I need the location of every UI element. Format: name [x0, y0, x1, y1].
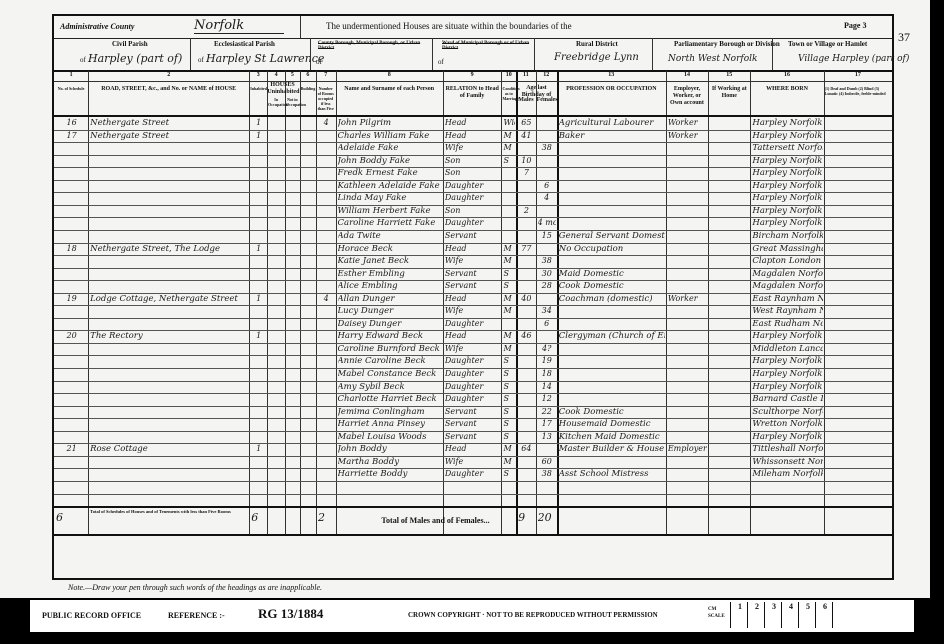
- civil-parish-label: Civil Parish: [112, 40, 148, 48]
- table-row: [54, 494, 892, 507]
- cell-female-age: 22: [538, 406, 556, 418]
- column-number: 12: [536, 72, 557, 79]
- cell-occupation: Kitchen Maid Domestic: [559, 431, 665, 443]
- cell-female-age: 38: [538, 142, 556, 154]
- cell-employment: Worker: [668, 293, 707, 305]
- cell-schedule: 17: [56, 130, 87, 142]
- cell-born: Magdalen Norfolk: [752, 280, 822, 292]
- cell-condition: S: [503, 468, 515, 480]
- cell-relation: Head: [445, 117, 501, 129]
- column-header: (1) Deaf and Dumb (2) Blind (3) Lunatic …: [825, 86, 891, 96]
- cell-name: Charles William Fake: [338, 130, 442, 142]
- cell-name: Mabel Constance Beck: [338, 368, 442, 380]
- cell-born: Harpley Norfolk: [752, 431, 822, 443]
- cell-occupation: Coachman (domestic): [559, 293, 665, 305]
- cell-occupation: Master Builder & House Contractor: [559, 443, 665, 455]
- cell-name: Harriette Boddy: [338, 468, 442, 480]
- column-header: Condition as to Marriage: [502, 86, 515, 101]
- cell-name: Allan Dunger: [338, 293, 442, 305]
- total-males: 9: [518, 512, 535, 524]
- cell-male-age: 65: [518, 117, 535, 129]
- cell-born: Harpley Norfolk: [752, 155, 822, 167]
- column-number: 9: [443, 72, 502, 79]
- cell-condition: Widr: [503, 117, 515, 129]
- cell-address: Rose Cottage: [90, 443, 248, 455]
- intro-text: The undermentioned Houses are situate wi…: [326, 21, 572, 31]
- cell-born: Harpley Norfolk: [752, 355, 822, 367]
- cell-relation: Daughter: [445, 355, 501, 367]
- cell-condition: S: [503, 406, 515, 418]
- cell-male-age: 10: [518, 155, 535, 167]
- table-row: Daisey DungerDaughter6East Rudham Norfol…: [54, 318, 892, 331]
- cell-female-age: 38: [538, 468, 556, 480]
- column-header: Name and Surname of each Person: [337, 86, 442, 93]
- rural-district-value: Freebridge Lynn: [554, 52, 639, 63]
- cell-relation: Servant: [445, 431, 501, 443]
- cell-condition: S: [503, 268, 515, 280]
- total-schedules-value: 6: [56, 512, 87, 524]
- table-row: Martha BoddyWifeM60Whissonsett Norfolk: [54, 456, 892, 469]
- cell-born: Harpley Norfolk: [752, 368, 822, 380]
- cell-born: Whissonsett Norfolk: [752, 456, 822, 468]
- column-header: Number of Rooms occupied if less than Fi…: [317, 86, 335, 111]
- cell-schedule: 20: [56, 330, 87, 342]
- cell-relation: Head: [445, 443, 501, 455]
- cell-rooms: 4: [318, 293, 335, 305]
- cell-name: Lucy Dunger: [338, 305, 442, 317]
- cell-relation: Daughter: [445, 180, 501, 192]
- table-row: Katie Janet BeckWifeM38Clapton London: [54, 255, 892, 268]
- column-header: WHERE BORN: [751, 86, 822, 93]
- cell-inhabited: 1: [251, 130, 266, 142]
- table-row: Mabel Constance BeckDaughterS18Harpley N…: [54, 368, 892, 381]
- cell-name: Charlotte Harriet Beck: [338, 393, 442, 405]
- cell-condition: S: [503, 381, 515, 393]
- cell-condition: M: [503, 343, 515, 355]
- cell-born: East Raynham Norfolk: [752, 293, 822, 305]
- cell-relation: Wife: [445, 142, 501, 154]
- table-row: Fredk Ernest FakeSon7Harpley Norfolk: [54, 167, 892, 180]
- cell-schedule: 21: [56, 443, 87, 455]
- cell-relation: Daughter: [445, 368, 501, 380]
- cell-condition: M: [503, 456, 515, 468]
- cell-born: Harpley Norfolk: [752, 192, 822, 204]
- parliamentary-label: Parliamentary Borough or Division: [674, 40, 780, 48]
- cell-condition: M: [503, 305, 515, 317]
- table-row: Mabel Louisa WoodsServantS13Kitchen Maid…: [54, 431, 892, 444]
- cell-female-age: 4: [538, 192, 556, 204]
- cell-born: East Rudham Norfolk: [752, 318, 822, 330]
- cell-female-age: 12: [538, 393, 556, 405]
- cell-relation: Head: [445, 293, 501, 305]
- table-row: Linda May FakeDaughter4Harpley Norfolk: [54, 192, 892, 205]
- total-females: 20: [538, 512, 556, 524]
- cell-inhabited: 1: [251, 117, 266, 129]
- cell-relation: Daughter: [445, 468, 501, 480]
- town-value: Village Harpley (part of): [798, 54, 909, 64]
- ward-label: Ward of Municipal Borough or of Urban Di…: [442, 41, 542, 51]
- header-row-districts: Civil Parish of Harpley (part of) Eccles…: [54, 38, 892, 72]
- cell-employment: Employer: [668, 443, 707, 455]
- table-row: 20The Rectory1Harry Edward BeckHeadM46Cl…: [54, 330, 892, 343]
- cell-condition: M: [503, 255, 515, 267]
- cell-employment: Worker: [668, 130, 707, 142]
- cell-male-age: 2: [518, 205, 535, 217]
- cell-born: Harpley Norfolk: [752, 167, 822, 179]
- column-number: 4: [267, 72, 285, 79]
- cell-inhabited: 1: [251, 293, 266, 305]
- cell-name: Ada Twite: [338, 230, 442, 242]
- cell-schedule: 19: [56, 293, 87, 305]
- cell-female-age: 14: [538, 381, 556, 393]
- cell-name: Kathleen Adelaide Fake: [338, 180, 442, 192]
- cell-occupation: Clergyman (Church of England): [559, 330, 665, 342]
- table-row: Caroline Harriett FakeDaughter4 moHarple…: [54, 217, 892, 230]
- cell-relation: Son: [445, 205, 501, 217]
- cell-schedule: 18: [56, 243, 87, 255]
- cell-name: John Pilgrim: [338, 117, 442, 129]
- cell-employment: Worker: [668, 117, 707, 129]
- column-number: 15: [708, 72, 750, 79]
- table-row: Adelaide FakeWifeM38Tattersett Norfolk: [54, 142, 892, 155]
- cell-rooms: 4: [318, 117, 335, 129]
- cell-born: Harpley Norfolk: [752, 117, 822, 129]
- table-row: Caroline Burnford BeckWifeM4?Middleton L…: [54, 343, 892, 356]
- cell-name: Alice Embling: [338, 280, 442, 292]
- page-margin-number: 37: [898, 30, 910, 45]
- cell-male-age: 40: [518, 293, 535, 305]
- cell-address: The Rectory: [90, 330, 248, 342]
- county-borough-label: County Borough, Municipal Borough, or Ur…: [318, 41, 428, 51]
- cell-born: Barnard Castle Durham: [752, 393, 822, 405]
- census-page: Administrative County Norfolk The underm…: [0, 0, 930, 598]
- table-row: Harriet Anna PinseyServantS17Housemaid D…: [54, 418, 892, 431]
- cell-born: Bircham Norfolk: [752, 230, 822, 242]
- cell-relation: Servant: [445, 418, 501, 430]
- cell-born: Harpley Norfolk: [752, 180, 822, 192]
- cell-male-age: 64: [518, 443, 535, 455]
- cell-female-age: 4 mo: [538, 217, 556, 229]
- cell-condition: S: [503, 280, 515, 292]
- cell-relation: Servant: [445, 406, 501, 418]
- cell-relation: Head: [445, 330, 501, 342]
- parliamentary-value: North West Norfolk: [668, 54, 758, 64]
- cell-inhabited: 1: [251, 243, 266, 255]
- cell-relation: Wife: [445, 456, 501, 468]
- admin-county-label: Administrative County: [60, 22, 134, 31]
- cell-occupation: Maid Domestic: [559, 268, 665, 280]
- column-header: ROAD, STREET, &c., and No. or NAME of HO…: [89, 86, 248, 93]
- ecclesiastical-parish-label: Ecclesiastical Parish: [214, 40, 275, 48]
- houses-group-label: HOUSES: [249, 82, 316, 89]
- cell-condition: S: [503, 368, 515, 380]
- census-table: 1No. of Schedule2ROAD, STREET, &c., and …: [54, 71, 892, 536]
- column-header: RELATION to Head of Family: [444, 86, 501, 100]
- reference-number: RG 13/1884: [258, 606, 323, 622]
- cell-relation: Daughter: [445, 217, 501, 229]
- cell-name: Annie Caroline Beck: [338, 355, 442, 367]
- table-row: 17Nethergate Street1Charles William Fake…: [54, 130, 892, 143]
- cell-occupation: Baker: [559, 130, 665, 142]
- cell-name: Martha Boddy: [338, 456, 442, 468]
- cell-address: Nethergate Street: [90, 117, 248, 129]
- column-number: 1: [54, 72, 88, 79]
- cell-relation: Daughter: [445, 393, 501, 405]
- cell-occupation: Cook Domestic: [559, 406, 665, 418]
- cell-born: Wretton Norfolk: [752, 418, 822, 430]
- table-row: William Herbert FakeSon2Harpley Norfolk: [54, 205, 892, 218]
- cell-male-age: 7: [518, 167, 535, 179]
- cell-name: John Boddy Fake: [338, 155, 442, 167]
- age-group-label: Age last Birthday of: [516, 85, 557, 99]
- column-header: In Occupation: [268, 97, 284, 107]
- cell-occupation: Agricultural Labourer: [559, 117, 665, 129]
- cell-female-age: 34: [538, 305, 556, 317]
- cell-born: Harpley Norfolk: [752, 330, 822, 342]
- cell-name: John Boddy: [338, 443, 442, 455]
- cell-condition: S: [503, 393, 515, 405]
- cell-name: Amy Sybil Beck: [338, 381, 442, 393]
- cell-name: Caroline Harriett Fake: [338, 217, 442, 229]
- cell-inhabited: 1: [251, 443, 266, 455]
- uninhabited-group-label: Uninhabited: [267, 89, 300, 96]
- column-header: Not in Occupation: [286, 97, 299, 107]
- table-row: 19Lodge Cottage, Nethergate Street14Alla…: [54, 293, 892, 306]
- totals-label: Total of Males and of Females...: [381, 516, 513, 525]
- column-number: 7: [316, 72, 336, 79]
- cell-relation: Daughter: [445, 318, 501, 330]
- cell-relation: Servant: [445, 230, 501, 242]
- scan-edge: [930, 0, 944, 598]
- cell-female-age: 28: [538, 280, 556, 292]
- cell-relation: Son: [445, 167, 501, 179]
- column-header: PROFESSION OR OCCUPATION: [558, 86, 665, 93]
- cell-female-age: 38: [538, 255, 556, 267]
- cell-name: Katie Janet Beck: [338, 255, 442, 267]
- reference-label: REFERENCE :-: [168, 611, 225, 620]
- column-number: 3: [249, 72, 267, 79]
- column-number: 10: [501, 72, 516, 79]
- cell-name: Horace Beck: [338, 243, 442, 255]
- header-row-county: Administrative County Norfolk The underm…: [54, 16, 892, 39]
- copyright-notice: CROWN COPYRIGHT · NOT TO BE REPRODUCED W…: [408, 611, 658, 619]
- cell-male-age: 46: [518, 330, 535, 342]
- cell-female-age: 4?: [538, 343, 556, 355]
- column-number: 16: [750, 72, 823, 79]
- cell-name: Esther Embling: [338, 268, 442, 280]
- cell-female-age: 17: [538, 418, 556, 430]
- archive-footer: PUBLIC RECORD OFFICE REFERENCE :- RG 13/…: [30, 598, 914, 632]
- table-row: Harriette BoddyDaughterS38Asst School Mi…: [54, 468, 892, 481]
- cell-name: William Herbert Fake: [338, 205, 442, 217]
- table-row: Charlotte Harriet BeckDaughterS12Barnard…: [54, 393, 892, 406]
- cell-schedule: 16: [56, 117, 87, 129]
- cell-born: Sculthorpe Norfolk: [752, 406, 822, 418]
- column-number: 2: [88, 72, 249, 79]
- cell-name: Adelaide Fake: [338, 142, 442, 154]
- table-row: Kathleen Adelaide FakeDaughter6Harpley N…: [54, 180, 892, 193]
- table-row: Esther EmblingServantS30Maid DomesticMag…: [54, 268, 892, 281]
- cell-name: Harry Edward Beck: [338, 330, 442, 342]
- table-row: Ada TwiteServant15General Servant Domest…: [54, 230, 892, 243]
- ecclesiastical-parish-value: Harpley St Lawrence: [206, 52, 324, 65]
- table-row: Jemima ConlinghamServantS22Cook Domestic…: [54, 406, 892, 419]
- cell-condition: S: [503, 355, 515, 367]
- column-number: 17: [824, 72, 892, 79]
- column-header: Employer, Worker, or Own account: [667, 86, 707, 107]
- cell-condition: S: [503, 155, 515, 167]
- cell-condition: M: [503, 330, 515, 342]
- rural-district-label: Rural District: [576, 40, 618, 48]
- column-number: 8: [336, 72, 443, 79]
- cell-name: Jemima Conlingham: [338, 406, 442, 418]
- total-schedules-label: Total of Schedules of Houses and of Tene…: [90, 509, 248, 515]
- cell-male-age: 41: [518, 130, 535, 142]
- cell-relation: Servant: [445, 268, 501, 280]
- cell-female-age: 60: [538, 456, 556, 468]
- cell-name: Fredk Ernest Fake: [338, 167, 442, 179]
- cell-occupation: General Servant Domestic: [559, 230, 665, 242]
- cell-born: Harpley Norfolk: [752, 381, 822, 393]
- cell-born: Great Massingham: [752, 243, 822, 255]
- cell-condition: M: [503, 142, 515, 154]
- cell-born: Magdalen Norfolk: [752, 268, 822, 280]
- cell-name: Caroline Burnford Beck: [338, 343, 442, 355]
- cell-name: Linda May Fake: [338, 192, 442, 204]
- cell-female-age: 13: [538, 431, 556, 443]
- scale-end: [832, 602, 873, 628]
- cell-relation: Head: [445, 130, 501, 142]
- page-number: Page 3: [844, 21, 866, 30]
- cell-condition: S: [503, 431, 515, 443]
- town-label: Town or Village or Hamlet: [788, 40, 867, 48]
- table-row: 21Rose Cottage1John BoddyHeadM64Master B…: [54, 443, 892, 456]
- table-row: Alice EmblingServantS28Cook DomesticMagd…: [54, 280, 892, 293]
- cell-relation: Wife: [445, 343, 501, 355]
- cell-born: Tittleshall Norfolk: [752, 443, 822, 455]
- cell-occupation: Asst School Mistress: [559, 468, 665, 480]
- table-row: John Boddy FakeSonS10Harpley Norfolk: [54, 155, 892, 168]
- column-number: 14: [666, 72, 708, 79]
- cell-female-age: 19: [538, 355, 556, 367]
- table-row: Lucy DungerWifeM34West Raynham Norfolk: [54, 305, 892, 318]
- cell-born: Harpley Norfolk: [752, 217, 822, 229]
- cell-born: Mileham Norfolk: [752, 468, 822, 480]
- cell-name: Mabel Louisa Woods: [338, 431, 442, 443]
- cell-female-age: 15: [538, 230, 556, 242]
- cell-relation: Head: [445, 243, 501, 255]
- cell-occupation: Cook Domestic: [559, 280, 665, 292]
- column-header: No. of Schedule: [55, 86, 87, 91]
- record-office-label: PUBLIC RECORD OFFICE: [42, 611, 141, 620]
- cell-female-age: 6: [538, 180, 556, 192]
- cell-female-age: 6: [538, 318, 556, 330]
- cell-condition: M: [503, 130, 515, 142]
- cell-occupation: Housemaid Domestic: [559, 418, 665, 430]
- cell-female-age: 18: [538, 368, 556, 380]
- cell-relation: Son: [445, 155, 501, 167]
- cell-relation: Servant: [445, 280, 501, 292]
- column-number: 13: [557, 72, 666, 79]
- cell-inhabited: 1: [251, 330, 266, 342]
- table-row: Amy Sybil BeckDaughterS14Harpley Norfolk: [54, 381, 892, 394]
- column-header: If Working at Home: [709, 86, 749, 100]
- cell-address: Nethergate Street, The Lodge: [90, 243, 248, 255]
- cell-relation: Wife: [445, 305, 501, 317]
- column-number: 5: [285, 72, 300, 79]
- table-row: [54, 481, 892, 494]
- cell-relation: Daughter: [445, 192, 501, 204]
- column-number: 6: [300, 72, 316, 79]
- total-rooms-value: 2: [318, 512, 335, 524]
- cell-born: West Raynham Norfolk: [752, 305, 822, 317]
- cell-name: Harriet Anna Pinsey: [338, 418, 442, 430]
- cell-born: Clapton London: [752, 255, 822, 267]
- cell-condition: M: [503, 243, 515, 255]
- cell-male-age: 77: [518, 243, 535, 255]
- cell-female-age: 30: [538, 268, 556, 280]
- cell-born: Harpley Norfolk: [752, 130, 822, 142]
- cell-born: Middleton Lancashire: [752, 343, 822, 355]
- table-row: Annie Caroline BeckDaughterS19Harpley No…: [54, 355, 892, 368]
- cell-relation: Wife: [445, 255, 501, 267]
- cell-born: Harpley Norfolk: [752, 205, 822, 217]
- table-row: 18Nethergate Street, The Lodge1Horace Be…: [54, 243, 892, 256]
- instruction-note: Note.—Draw your pen through such words o…: [68, 583, 322, 592]
- cell-relation: Daughter: [445, 381, 501, 393]
- cell-address: Lodge Cottage, Nethergate Street: [90, 293, 248, 305]
- total-houses-inhabited: 6: [251, 512, 266, 524]
- scale-label: CM SCALE: [708, 606, 722, 620]
- civil-parish-value: Harpley (part of): [88, 52, 182, 65]
- cell-name: Daisey Dunger: [338, 318, 442, 330]
- column-number: 11: [516, 72, 536, 79]
- cell-condition: S: [503, 418, 515, 430]
- admin-county-value: Norfolk: [194, 18, 284, 34]
- cell-address: Nethergate Street: [90, 130, 248, 142]
- table-row: 16Nethergate Street14John PilgrimHeadWid…: [54, 117, 892, 130]
- cell-condition: M: [503, 443, 515, 455]
- cell-occupation: No Occupation: [559, 243, 665, 255]
- cell-born: Tattersett Norfolk: [752, 142, 822, 154]
- cell-condition: M: [503, 293, 515, 305]
